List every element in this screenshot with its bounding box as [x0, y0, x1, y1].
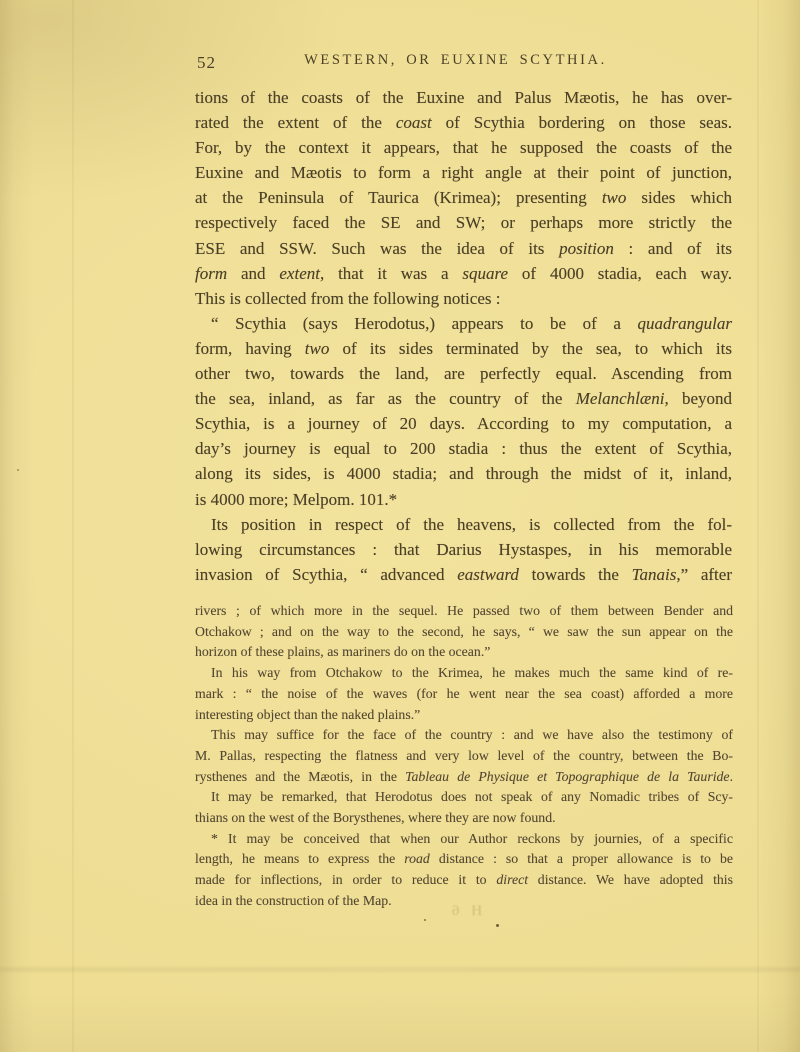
- text-line: tions of the coasts of the Euxine and Pa…: [195, 85, 732, 110]
- text-run: at the Peninsula of Taurica (Krimea); pr…: [195, 188, 602, 207]
- italic-text-run: coast: [396, 113, 432, 132]
- text-run: along its sides, is 4000 stadia; and thr…: [195, 464, 732, 483]
- italic-text-run: two: [602, 188, 627, 207]
- text-run: It may be remarked, that Herodotus does …: [211, 789, 733, 804]
- text-run: This is collected from the following not…: [195, 289, 500, 308]
- text-run: invasion of Scythia, “ advanced: [195, 565, 457, 584]
- text-line: day’s journey is equal to 200 stadia : t…: [195, 436, 732, 461]
- italic-text-run: road: [404, 851, 430, 866]
- italic-text-run: Melanchlæni: [576, 389, 665, 408]
- text-run: sides which: [626, 188, 732, 207]
- text-line: Scythia, is a journey of 20 days. Accord…: [195, 411, 732, 436]
- text-run: Scythia, is a journey of 20 days. Accord…: [195, 414, 732, 433]
- text-line: rivers ; of which more in the sequel. He…: [195, 601, 733, 622]
- text-run: of its sides terminated by the sea, to w…: [329, 339, 732, 358]
- text-line: other two, towards the land, are perfect…: [195, 361, 732, 386]
- text-line: rysthenes and the Mæotis, in the Tableau…: [195, 767, 733, 788]
- text-run: , beyond: [664, 389, 732, 408]
- text-line: rated the extent of the coast of Scythia…: [195, 110, 732, 135]
- text-line: is 4000 more; Melpom. 101.*: [195, 487, 732, 512]
- text-run: towards the: [519, 565, 632, 584]
- text-line: form, having two of its sides terminated…: [195, 336, 732, 361]
- italic-text-run: Tanais: [632, 565, 677, 584]
- text-line: For, by the context it appears, that he …: [195, 135, 732, 160]
- page-header: 52 WESTERN, OR EUXINE SCYTHIA.: [195, 52, 732, 76]
- text-run: Euxine and Mæotis to form a right angle …: [195, 163, 732, 182]
- page-crease: [72, 0, 74, 1052]
- text-run: ,” after: [676, 565, 732, 584]
- italic-text-run: square: [462, 264, 508, 283]
- italic-text-run: form: [195, 264, 227, 283]
- italic-text-run: position: [559, 239, 614, 258]
- paper-speck: [496, 924, 499, 927]
- text-line: This is collected from the following not…: [195, 286, 732, 311]
- text-run: M. Pallas, respecting the flatness and v…: [195, 748, 733, 763]
- text-run: the sea, inland, as far as the country o…: [195, 389, 576, 408]
- text-run: length, he means to express the: [195, 851, 404, 866]
- text-run: Its position in respect of the heavens, …: [211, 515, 732, 534]
- italic-text-run: extent: [279, 264, 320, 283]
- text-line: along its sides, is 4000 stadia; and thr…: [195, 461, 732, 486]
- text-run: mark : “ the noise of the waves (for he …: [195, 686, 733, 701]
- text-run: This may suffice for the face of the cou…: [211, 727, 733, 742]
- text-run: respectively faced the SE and SW; or per…: [195, 213, 732, 232]
- page-crease: [757, 0, 759, 1052]
- text-line: M. Pallas, respecting the flatness and v…: [195, 746, 733, 767]
- text-line: invasion of Scythia, “ advanced eastward…: [195, 562, 732, 587]
- text-run: interesting object than the naked plains…: [195, 707, 420, 722]
- text-run: form, having: [195, 339, 305, 358]
- italic-text-run: direct: [496, 872, 528, 887]
- text-line: made for inflections, in order to reduce…: [195, 870, 733, 891]
- text-run: ESE and SSW. Such was the idea of its: [195, 239, 559, 258]
- text-line: It may be remarked, that Herodotus does …: [195, 787, 733, 808]
- text-line: This may suffice for the face of the cou…: [195, 725, 733, 746]
- footnote-block: rivers ; of which more in the sequel. He…: [195, 601, 733, 912]
- text-run: distance. We have adopted this: [528, 872, 733, 887]
- text-run: Otchakow ; and on the way to the second,…: [195, 624, 733, 639]
- text-line: ESE and SSW. Such was the idea of its po…: [195, 236, 732, 261]
- text-line: In his way from Otchakow to the Krimea, …: [195, 663, 733, 684]
- text-run: : and of its: [614, 239, 732, 258]
- paper-speck: [17, 469, 19, 471]
- text-run: * It may be conceived that when our Auth…: [211, 831, 733, 846]
- text-run: lowing circumstances : that Darius Hysta…: [195, 540, 732, 559]
- text-run: horizon of these plains, as mariners do …: [195, 644, 490, 659]
- italic-text-run: Tableau de Physique et Topographique de …: [405, 769, 729, 784]
- text-line: Its position in respect of the heavens, …: [195, 512, 732, 537]
- text-run: made for inflections, in order to reduce…: [195, 872, 496, 887]
- text-line: form and extent, that it was a square of…: [195, 261, 732, 286]
- text-run: “ Scythia (says Herodotus,) appears to b…: [211, 314, 638, 333]
- main-text-block: tions of the coasts of the Euxine and Pa…: [195, 85, 732, 587]
- showthrough-band: [0, 967, 800, 972]
- text-line: thians on the west of the Borysthenes, w…: [195, 808, 733, 829]
- text-line: length, he means to express the road dis…: [195, 849, 733, 870]
- text-line: “ Scythia (says Herodotus,) appears to b…: [195, 311, 732, 336]
- italic-text-run: two: [305, 339, 330, 358]
- text-run: distance : so that a proper allowance is…: [430, 851, 733, 866]
- text-line: the sea, inland, as far as the country o…: [195, 386, 732, 411]
- text-line: lowing circumstances : that Darius Hysta…: [195, 537, 732, 562]
- text-line: mark : “ the noise of the waves (for he …: [195, 684, 733, 705]
- text-line: * It may be conceived that when our Auth…: [195, 829, 733, 850]
- text-run: other two, towards the land, are perfect…: [195, 364, 732, 383]
- text-run: of 4000 stadia, each way.: [508, 264, 732, 283]
- text-line: at the Peninsula of Taurica (Krimea); pr…: [195, 185, 732, 210]
- signature-showthrough: H 6: [448, 903, 482, 920]
- running-title: WESTERN, OR EUXINE SCYTHIA.: [187, 52, 724, 69]
- text-line: respectively faced the SE and SW; or per…: [195, 210, 732, 235]
- text-run: , that it was a: [320, 264, 462, 283]
- text-run: idea in the construction of the Map.: [195, 893, 392, 908]
- paper-speck: [638, 391, 640, 393]
- text-run: rated the extent of the: [195, 113, 396, 132]
- text-line: Euxine and Mæotis to form a right angle …: [195, 160, 732, 185]
- text-run: rysthenes and the Mæotis, in the: [195, 769, 405, 784]
- text-run: .: [730, 769, 733, 784]
- text-run: tions of the coasts of the Euxine and Pa…: [195, 88, 732, 107]
- text-run: In his way from Otchakow to the Krimea, …: [211, 665, 733, 680]
- italic-text-run: eastward: [457, 565, 519, 584]
- text-run: rivers ; of which more in the sequel. He…: [195, 603, 733, 618]
- text-run: For, by the context it appears, that he …: [195, 138, 732, 157]
- text-run: of Scythia bordering on those seas.: [432, 113, 732, 132]
- text-line: Otchakow ; and on the way to the second,…: [195, 622, 733, 643]
- text-run: is 4000 more; Melpom. 101.*: [195, 490, 397, 509]
- book-page: 52 WESTERN, OR EUXINE SCYTHIA. tions of …: [0, 0, 800, 1052]
- text-run: and: [227, 264, 279, 283]
- text-line: interesting object than the naked plains…: [195, 705, 733, 726]
- text-run: thians on the west of the Borysthenes, w…: [195, 810, 556, 825]
- text-line: horizon of these plains, as mariners do …: [195, 642, 733, 663]
- italic-text-run: quadrangular: [638, 314, 732, 333]
- text-run: day’s journey is equal to 200 stadia : t…: [195, 439, 732, 458]
- paper-speck: [424, 919, 426, 921]
